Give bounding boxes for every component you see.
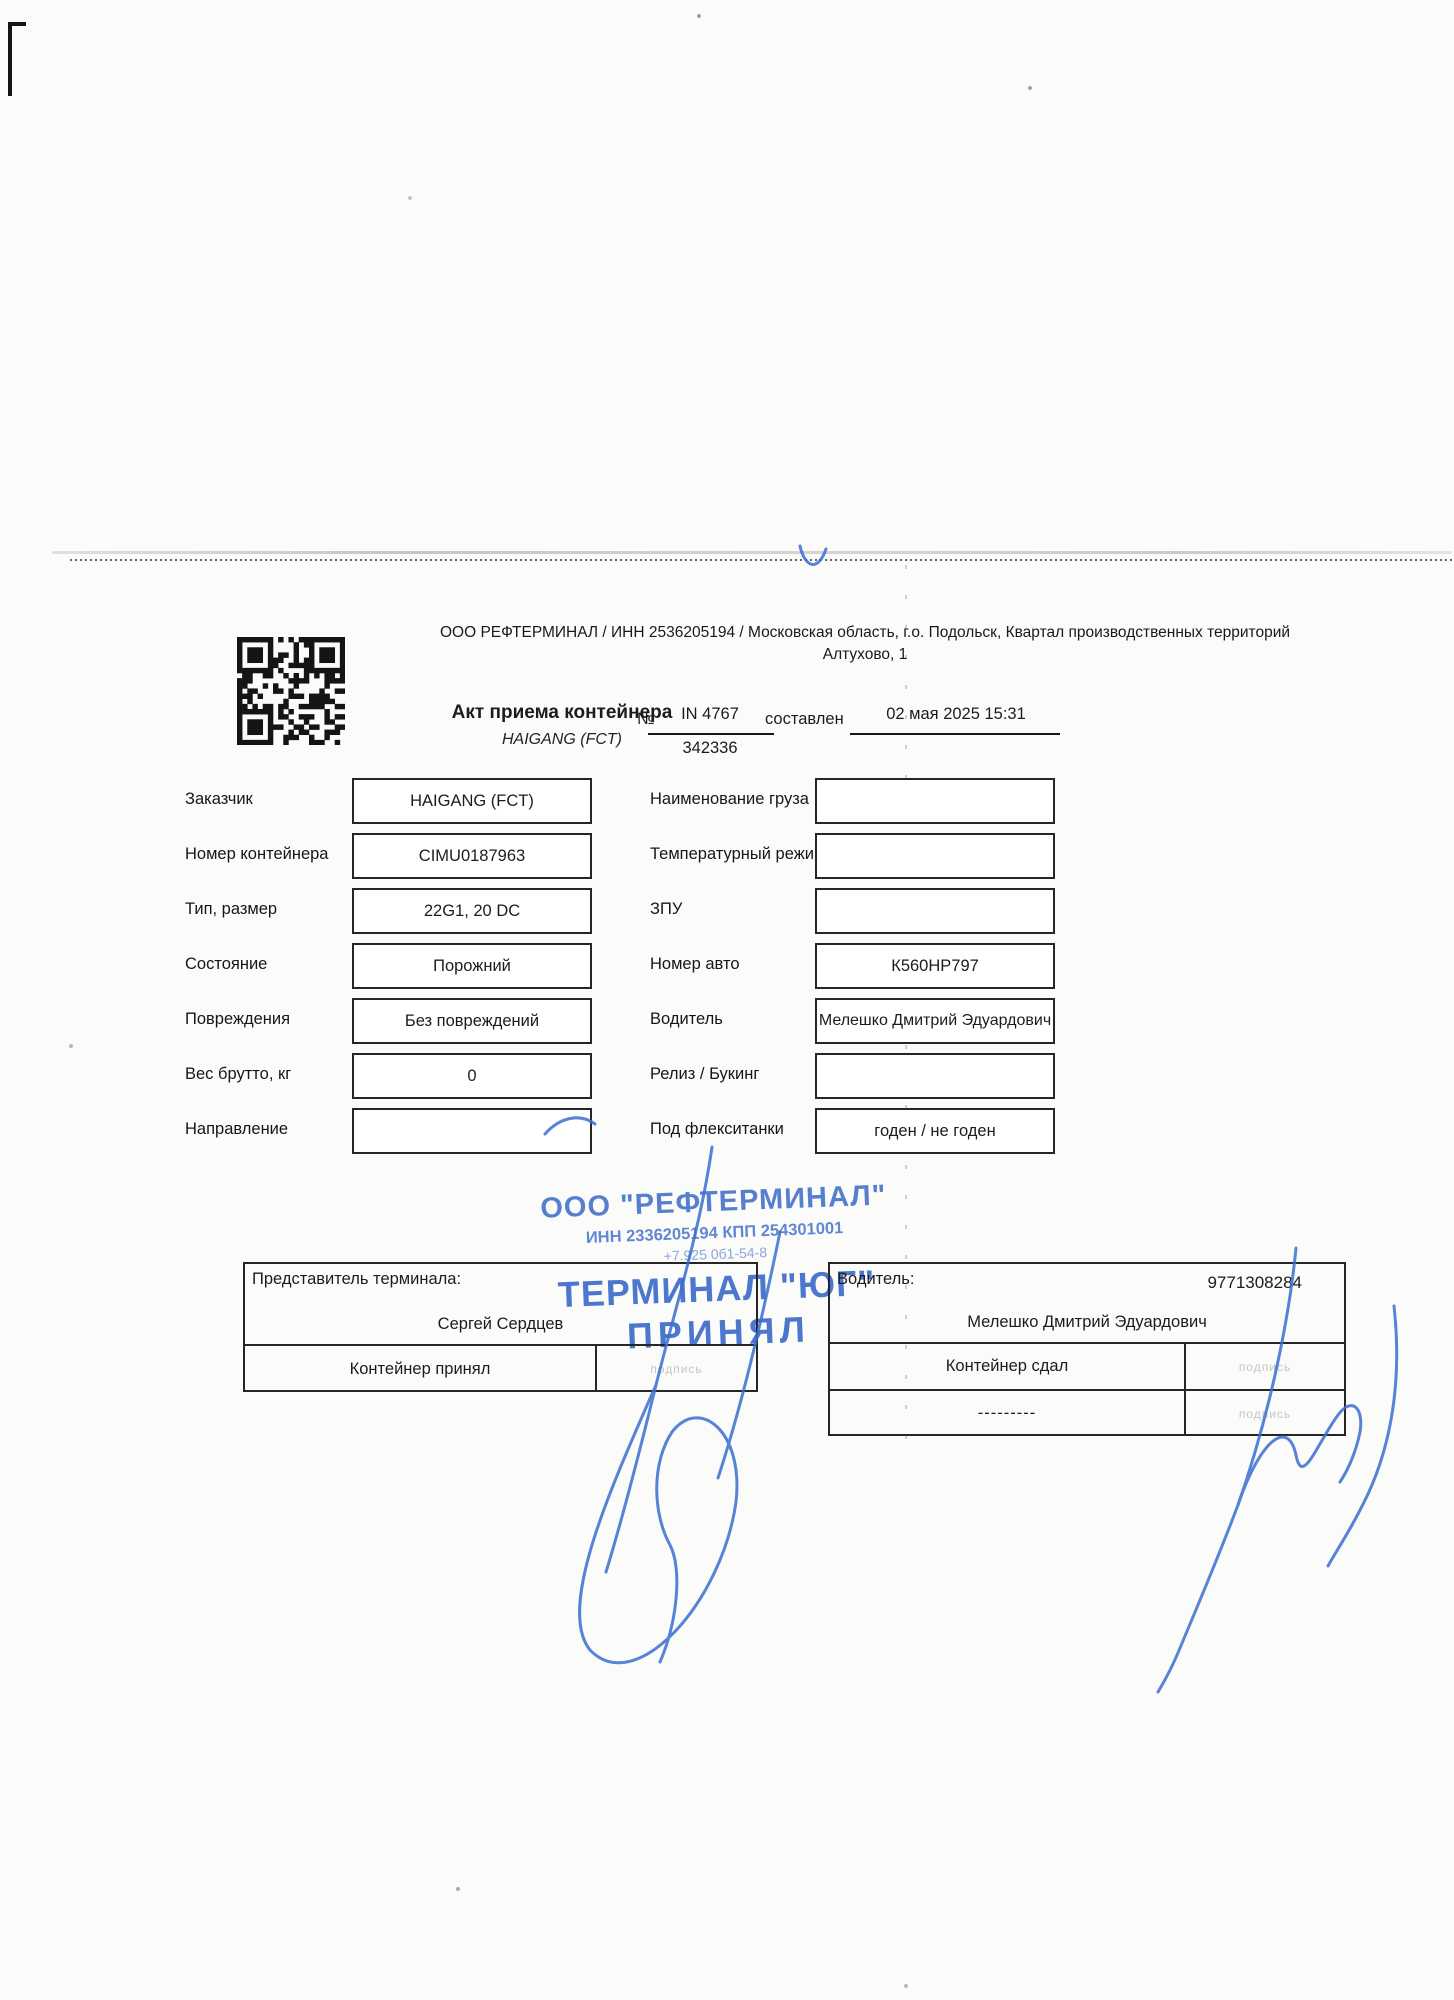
driver-table: Водитель: 9771308284 Мелешко Дмитрий Эду… [828,1262,1346,1436]
field-label-cargo-name: Наименование груза [650,790,809,809]
field-value-type-size: 22G1, 20 DC [352,888,592,934]
terminal-representative-name: Сергей Сердцев [245,1315,756,1334]
field-value-damages: Без повреждений [352,998,592,1044]
scan-artifact-line [52,551,1452,554]
field-label-customer: Заказчик [185,790,253,809]
driver-signature-cell: подпись [1184,1344,1344,1389]
scan-artifact-dotted-line [70,559,1452,561]
field-value-customer: HAIGANG (FCT) [352,778,592,824]
field-label-condition: Состояние [185,955,267,974]
scan-speck [456,1887,460,1891]
driver-name: Мелешко Дмитрий Эдуардович [830,1313,1344,1332]
field-value-truck-number: К560НР797 [815,943,1055,989]
field-label-container-number: Номер контейнера [185,845,328,864]
number-underline [648,733,774,735]
field-label-type-size: Тип, размер [185,900,277,919]
field-value-gross-weight: 0 [352,1053,592,1099]
field-label-damages: Повреждения [185,1010,290,1029]
document-header: ООО РЕФТЕРМИНАЛ / ИНН 2536205194 / Моско… [300,622,1430,666]
field-value-driver: Мелешко Дмитрий Эдуардович [815,998,1055,1044]
date-underline [850,733,1060,735]
field-label-seal: ЗПУ [650,900,682,919]
field-value-container-number: CIMU0187963 [352,833,592,879]
container-handed-label: Контейнер сдал [830,1344,1184,1389]
scan-speck [408,196,412,200]
scan-corner-mark [8,22,26,96]
signature-stroke [580,1385,737,1663]
terminal-representative-table: Представитель терминала: Сергей Сердцев … [243,1262,758,1392]
driver-table-header: Водитель: 9771308284 Мелешко Дмитрий Эду… [830,1264,1344,1342]
pen-signatures [0,0,1454,2000]
field-label-release-booking: Релиз / Букинг [650,1065,759,1084]
composed-label: составлен [765,710,844,729]
scan-speck [1028,86,1032,90]
signature-hint: подпись [1239,1407,1291,1421]
scanned-document: ООО РЕФТЕРМИНАЛ / ИНН 2536205194 / Моско… [0,0,1454,2000]
scan-speck [904,1984,908,1988]
terminal-header-label: Представитель терминала: [252,1270,461,1289]
field-value-cargo-name [815,778,1055,824]
field-label-direction: Направление [185,1120,288,1139]
signature-hint: подпись [1239,1360,1291,1374]
field-label-truck-number: Номер авто [650,955,740,974]
signature-hint: подпись [650,1362,702,1376]
terminal-table-header: Представитель терминала: Сергей Сердцев [245,1264,756,1344]
pen-mark-v [800,546,826,564]
scan-speck [697,14,701,18]
header-line-1: ООО РЕФТЕРМИНАЛ / ИНН 2536205194 / Моско… [300,622,1430,644]
field-value-release-booking [815,1053,1055,1099]
field-value-temperature-mode [815,833,1055,879]
terminal-action-row: Контейнер принял подпись [245,1344,756,1392]
driver-action-row: Контейнер сдал подпись [830,1342,1344,1389]
container-accepted-label: Контейнер принял [245,1346,595,1392]
scan-speck [69,1044,73,1048]
doc-number-secondary: 342336 [650,739,770,758]
field-value-condition: Порожний [352,943,592,989]
doc-number-value: IN 4767 [650,705,770,724]
field-value-direction [352,1108,592,1154]
field-value-flexitank: годен / не годен [815,1108,1055,1154]
driver-signature-cell-2: подпись [1184,1391,1344,1436]
field-label-temperature-mode: Температурный режим [650,845,825,864]
composed-date: 02 мая 2025 15:31 [856,705,1056,724]
terminal-signature-cell: подпись [595,1346,756,1392]
driver-header-label: Водитель: [837,1270,914,1289]
field-label-flexitank: Под флекситанки [650,1120,784,1139]
driver-phone: 9771308284 [1207,1273,1302,1293]
placeholder-dashes: --------- [830,1391,1184,1436]
field-value-seal [815,888,1055,934]
field-label-gross-weight: Вес брутто, кг [185,1065,291,1084]
driver-placeholder-row: --------- подпись [830,1389,1344,1436]
header-line-2: Алтухово, 1 [300,644,1430,666]
field-label-driver: Водитель [650,1010,723,1029]
